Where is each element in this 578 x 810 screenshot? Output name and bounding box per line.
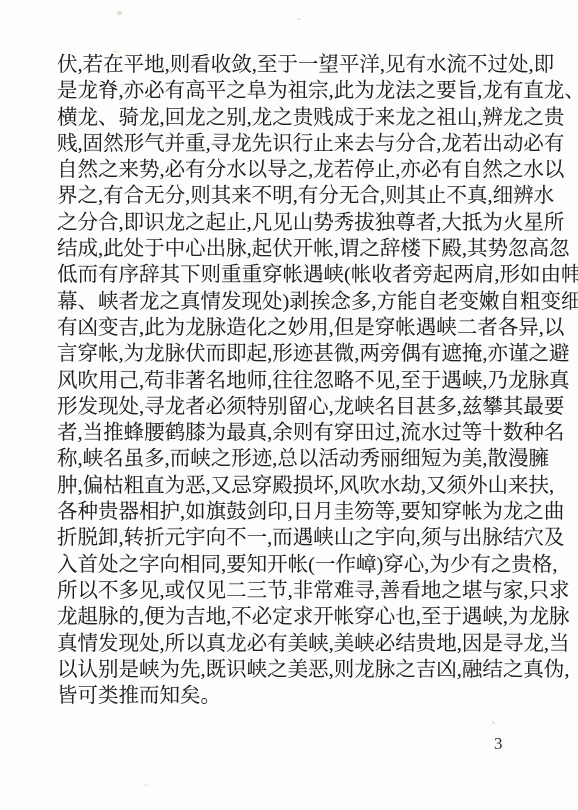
text-line: 言穿帐,为龙脉伏而即起,形迹甚微,两旁偶有遮掩,亦谨之避	[57, 341, 521, 367]
text-line: 伏,若在平地,则看收敛,至于一望平洋,见有水流不过处,即	[57, 52, 521, 78]
text-line: 之分合,即识龙之起止,凡见山势秀拔独尊者,大抵为火星所	[57, 210, 521, 236]
text-line: 界之,有合无分,则其来不明,有分无合,则其止不真,细辨水	[57, 183, 521, 209]
text-line: 者,当推蜂腰鹤膝为最真,余则有穿田过,流水过等十数种名	[57, 420, 521, 446]
text-line: 自然之来势,必有分水以导之,龙若停止,亦必有自然之水以	[57, 157, 521, 183]
text-line: 入首处之字向相同,要知开帐(一作嶂)穿心,为少有之贵格,	[57, 552, 521, 578]
text-line: 各种贵器相护,如旗鼓剑印,日月圭笏等,要知穿帐为龙之曲	[57, 499, 521, 525]
scan-artifact-speck	[117, 11, 122, 15]
text-line: 贱,固然形气并重,寻龙先识行止来去与分合,龙若出动必有	[57, 131, 521, 157]
page-number: 3	[494, 734, 503, 754]
text-line: 折脱卸,转折元宇向不一,而遇峡山之宇向,须与出脉结穴及	[57, 525, 521, 551]
body-text-block: 伏,若在平地,则看收敛,至于一望平洋,见有水流不过处,即是龙脊,亦必有高平之阜为…	[57, 52, 521, 709]
text-line: 结成,此处于中心出脉,起伏开帐,谓之辞楼下殿,其势忽高忽	[57, 236, 521, 262]
text-line: 形发现处,寻龙者必须特别留心,龙峡名目甚多,兹攀其最要	[57, 394, 521, 420]
scanned-book-page: 伏,若在平地,则看收敛,至于一望平洋,见有水流不过处,即是龙脊,亦必有高平之阜为…	[0, 0, 578, 810]
text-line: 龙趄脉的,便为吉地,不必定求开帐穿心也,至于遇峡,为龙脉	[57, 604, 521, 630]
text-line: 有凶变吉,此为龙脉造化之妙用,但是穿帐遇峡二者各异,以	[57, 315, 521, 341]
scan-artifact-speck	[144, 784, 148, 786]
text-line: 横龙、骑龙,回龙之别,龙之贵贱成于来龙之祖山,辨龙之贵	[57, 105, 521, 131]
text-line: 以认别是峡为先,既识峡之美恶,则龙脉之吉凶,融结之真伪,	[57, 657, 521, 683]
text-line: 低而有序辞其下则重重穿帐遇峡(帐收者旁起两肩,形如由帏	[57, 262, 521, 288]
text-line: 风吹用己,苟非著名地师,往往忽略不见,至于遇峡,乃龙脉真	[57, 368, 521, 394]
text-line: 肿,偏枯粗直为恶,又忌穿殿损坏,风吹水劫,又须外山来扶,	[57, 473, 521, 499]
text-line: 幕、峡者龙之真情发现处)剥挨念多,方能自老变嫩自粗变细	[57, 289, 521, 315]
scan-artifact-speck	[297, 18, 301, 20]
text-line: 称,峡名虽多,而峡之形迹,总以活动秀丽细短为美,散漫臃	[57, 446, 521, 472]
text-line: 皆可类推而知矣。	[57, 683, 521, 709]
text-line: 所以不多见,或仅见二三节,非常难寻,善看地之堪与家,只求	[57, 578, 521, 604]
text-line: 真情发现处,所以真龙必有美峡,美峡必结贵地,因是寻龙,当	[57, 631, 521, 657]
text-line: 是龙脊,亦必有高平之阜为祖宗,此为龙法之要旨,龙有直龙、	[57, 78, 521, 104]
scan-artifact-speck	[492, 721, 495, 724]
